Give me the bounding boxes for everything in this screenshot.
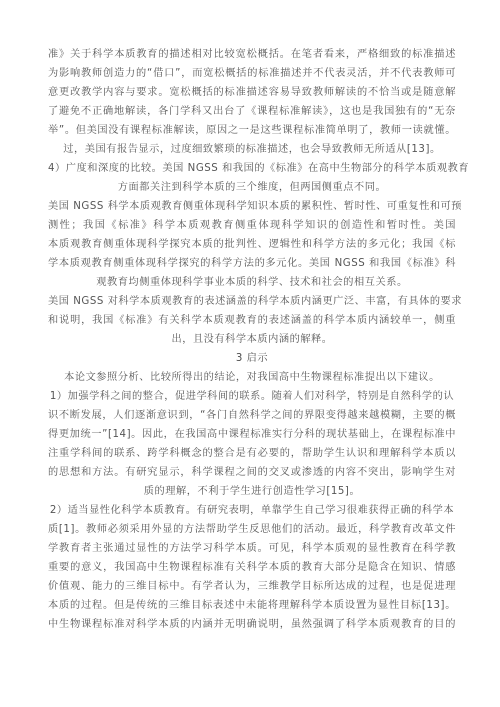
text-line: 过，美国有报告显示，过度细致繁琐的标准描述，也会导致教师无所适从[13]。 <box>48 142 456 158</box>
text-line: 和说明，我国《标准》有关科学本质观教育的表述涵盖的科学本质内涵较单一，侧重点突 <box>48 313 456 329</box>
document-page: 准》关于科学本质教育的描述相对比较宽松概括。在笔者看来，严格细致的标准描述不能作… <box>0 0 500 707</box>
text-line: 重要的意义，我国高中生物课程标准有关科学本质的教育大部分是隐含在知识、情感态度与 <box>48 560 456 576</box>
section-heading: 3 启示 <box>48 351 456 367</box>
text-line: 质的理解，不利于学生进行创造性学习[15]。 <box>48 484 456 500</box>
text-line: 观教育均侧重体现科学事业本质的科学、技术和社会的相互关系。 <box>48 275 456 291</box>
text-line: 为影响教师创造力的“借口”，而宽松概括的标准描述并不代表灵活，并不代表教师可以随 <box>48 66 456 82</box>
text-line: 举”。但美国没有课程标准解读，原因之一是这些课程标准简单明了，教师一读就懂。不 <box>48 123 456 139</box>
text-line: 美国 NGSS 对科学本质观教育的表述涵盖的科学本质内涵更广泛、丰富，有具体的要… <box>48 294 456 310</box>
text-line: 价值观、能力的三维目标中。有学者认为，三维教学目标所达成的过程，也是促进理解科学 <box>48 579 456 595</box>
text-line: 学教育者主张通过显性的方法学习科学本质。可见，科学本质观的显性教育在科学教育中有 <box>48 541 456 557</box>
text-line: 方面都关注到科学本质的三个维度，但两国侧重点不同。 <box>48 180 456 196</box>
text-line: 美国 NGSS 科学本质观教育侧重体现科学知识本质的累积性、暂时性、可重复性和可… <box>48 199 456 215</box>
text-line: 准》关于科学本质教育的描述相对比较宽松概括。在笔者看来，严格细致的标准描述不能作 <box>48 47 456 63</box>
text-line: 出，且没有科学本质内涵的解释。 <box>48 332 456 348</box>
text-line: 本论文参照分析、比较所得出的结论，对我国高中生物课程标准提出以下建议。 <box>48 370 456 386</box>
text-line: 本质观教育侧重体现科学探究本质的批判性、逻辑性和科学方法的多元化；我国《标准》科 <box>48 237 456 253</box>
text-line: 意更改教学内容与要求。宽松概括的标准描述容易导致教师解读的不恰当或是随意解读，为 <box>48 85 456 101</box>
text-line: 本质的过程。但是传统的三维目标表述中未能将理解科学本质设置为显性目标[13]。我… <box>48 598 456 614</box>
text-line: 注重学科间的联系、跨学科概念的整合是有必要的，帮助学生认识和理解科学本质以及科学 <box>48 446 456 462</box>
text-line: 质[1]。教师必须采用外显的方法帮助学生反思他们的活动。最近，科学教育改革文件和… <box>48 522 456 538</box>
text-line: 的思想和方法。有研究显示，科学课程之间的交叉或渗透的内容不突出，影响学生对科学本 <box>48 465 456 481</box>
text-line: 了避免不正确地解读，各门学科又出台了《课程标准解读》，这也是我国独有的“无奈之 <box>48 104 456 120</box>
text-line: 2）适当显性化科学本质教育。有研究表明，单靠学生自己学习很难获得正确的科学本 <box>48 503 456 519</box>
text-line: 测性；我国《标准》科学本质观教育侧重体现科学知识的创造性和暂时性。美国 NGSS… <box>48 218 456 234</box>
text-line: 1）加强学科之间的整合，促进学科间的联系。随着人们对科学，特别是自然科学的认 <box>48 389 456 405</box>
text-line: 4）广度和深度的比较。美国 NGSS 和我国的《标准》在高中生物部分的科学本质观… <box>48 161 456 177</box>
text-line: 识不断发展，人们逐渐意识到，“各门自然科学之间的界限变得越来越模糊，主要的概念变 <box>48 408 456 424</box>
text-line: 学本质观教育侧重体现科学探究的科学方法的多元化。美国 NGSS 和我国《标准》科… <box>48 256 456 272</box>
text-line: 中生物课程标准对科学本质的内涵并无明确说明，虽然强调了科学本质观教育的目的和重要 <box>48 617 456 633</box>
text-line: 得更加统一”[14]。因此，在我国高中课程标准实行分科的现状基础上，在课程标准中… <box>48 427 456 443</box>
